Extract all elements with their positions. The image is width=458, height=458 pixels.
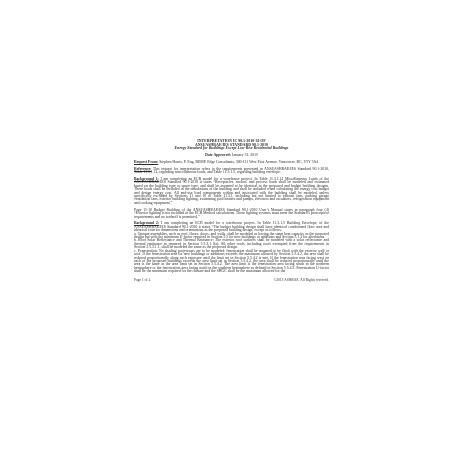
paragraph-request-from: Request From: Stephen Harris, P. Eng, BE…	[134, 161, 329, 164]
document-title-block: INTERPRETATION IC 90.1-2010-30 OF ANSI/A…	[134, 140, 329, 151]
background-1-text: I am completing an ECB model for a wareh…	[134, 177, 329, 205]
page-footer: Page 1 of 2 ©2015 ASHRAE. All Rights res…	[134, 279, 329, 282]
request-from-label: Request From:	[134, 160, 158, 164]
users-manual-note-text: Page 11-10 Budget Building of the ANSI/A…	[134, 208, 329, 219]
background-2-item-c-text: c. Fenestration: No shading projections …	[134, 249, 329, 274]
date-approved-label: Date Approved:	[205, 153, 231, 157]
request-from-text: Stephen Harris, P. Eng, BEMP, Edge Consu…	[159, 160, 318, 164]
date-approved-line: Date Approved: January 31, 2015	[134, 154, 329, 157]
background-2-item-b-text: b. Roof Solar Reflectance and Thermal Em…	[134, 238, 329, 249]
date-approved-value: January 31, 2015	[232, 153, 258, 157]
background-2-intro-text: I am completing an ECB model for a wareh…	[134, 221, 329, 232]
background-2-item-c: c. Fenestration: No shading projections …	[134, 250, 329, 274]
document-body: INTERPRETATION IC 90.1-2010-30 OF ANSI/A…	[134, 140, 329, 282]
reference-text: This request for interpretation refers t…	[134, 167, 329, 174]
copyright-text: ©2015 ASHRAE. All Rights reserved.	[274, 279, 329, 282]
paragraph-background-1: Background 1: I am completing an ECB mod…	[134, 178, 329, 205]
paragraph-users-manual-note: Page 11-10 Budget Building of the ANSI/A…	[134, 209, 329, 219]
title-line-3: Energy Standard for Buildings Except Low…	[134, 147, 329, 151]
page-number: Page 1 of 2	[134, 279, 150, 282]
document-page: INTERPRETATION IC 90.1-2010-30 OF ANSI/A…	[0, 0, 458, 458]
paragraph-reference: Reference: This request for interpretati…	[134, 168, 329, 175]
